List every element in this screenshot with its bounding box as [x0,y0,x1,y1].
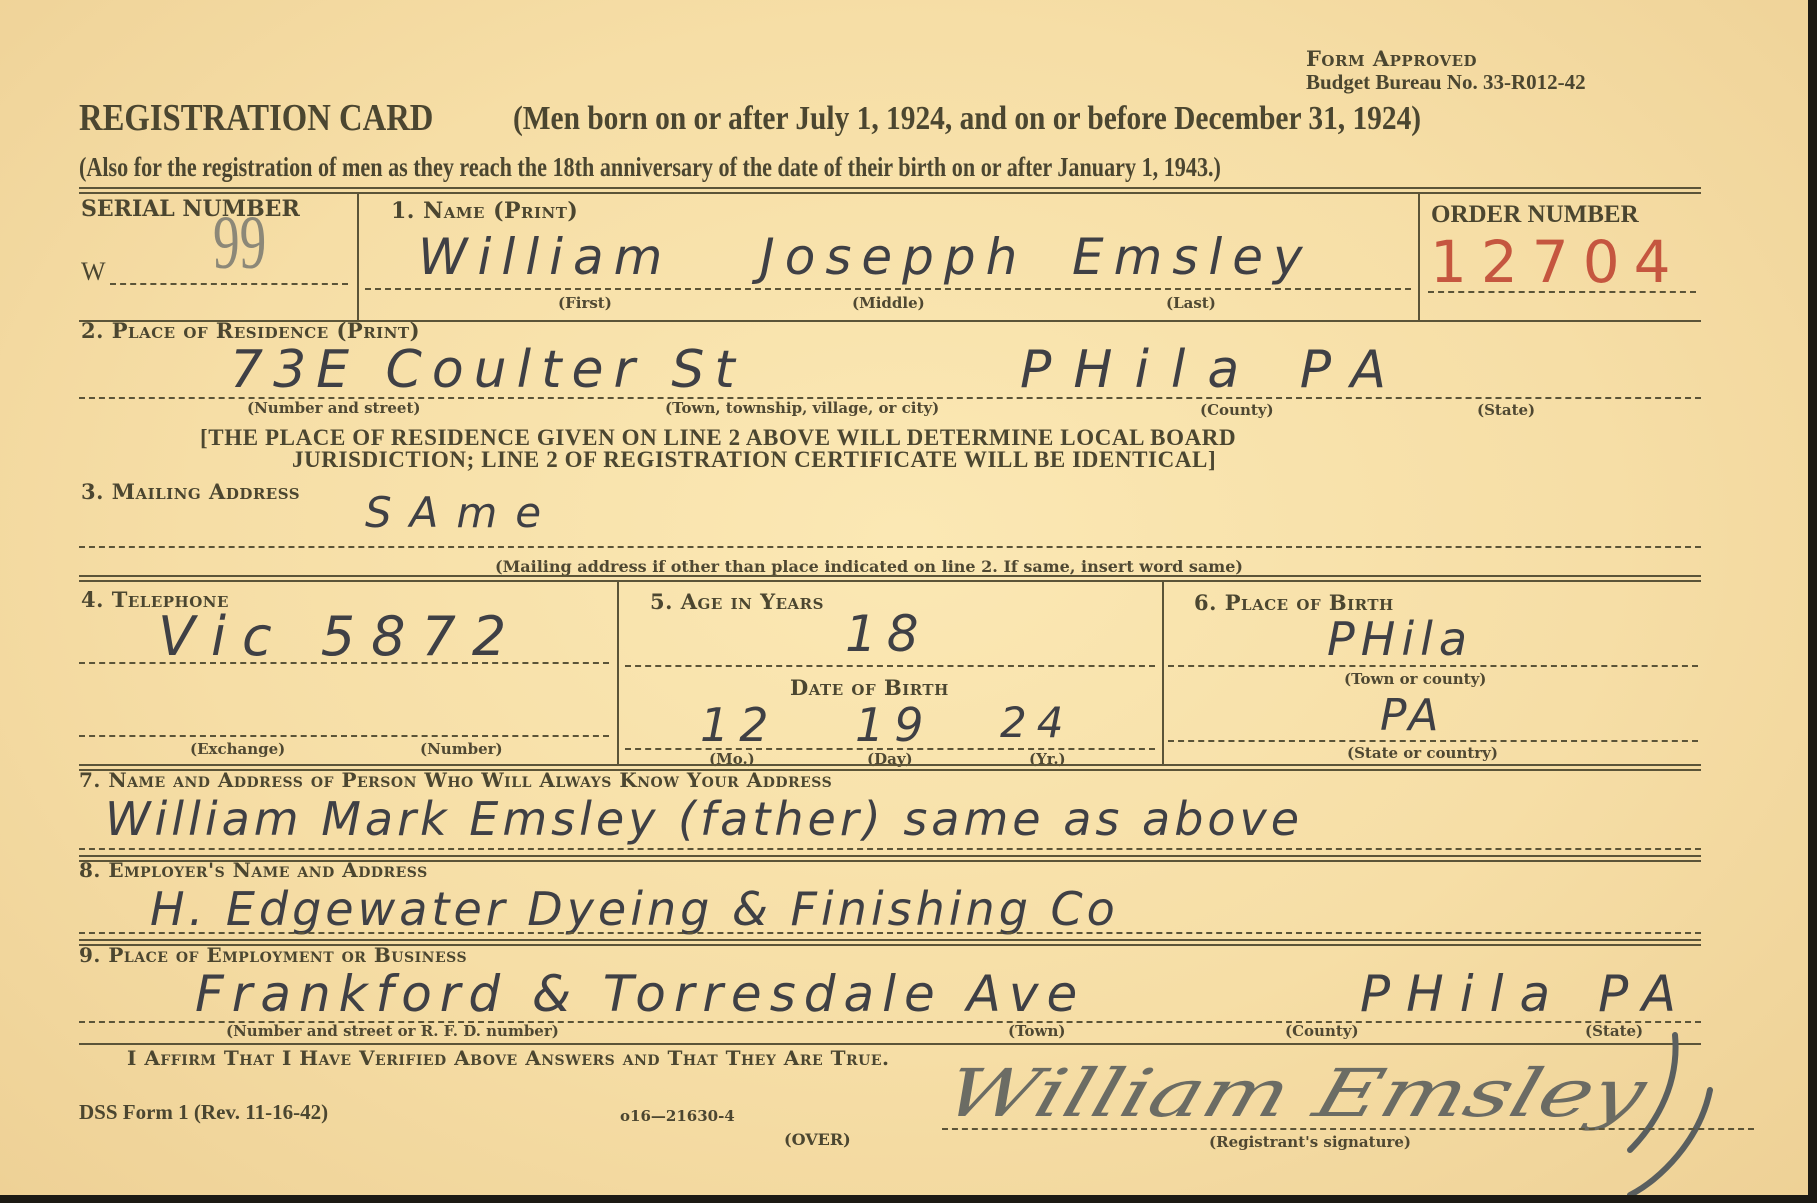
state-label: (State) [1477,401,1535,419]
eligibility-text: (Men born on or after July 1, 1924, and … [513,100,1421,138]
divider [1162,580,1164,766]
mailing-hint: (Mailing address if other than place ind… [495,557,1243,576]
form-id: DSS Form 1 (Rev. 11-16-42) [79,1100,328,1125]
row-rule [79,1043,1701,1045]
name-line [365,288,1411,290]
signature-line [942,1128,1754,1130]
telephone-line [79,662,609,664]
mailing-value: SAme [365,488,559,537]
affirmation-text: I Affirm That I Have Verified Above Answ… [127,1046,889,1070]
order-number-label: ORDER NUMBER [1431,201,1639,229]
telephone-line-2 [79,735,609,737]
name-middle-value: Josepph [760,228,1027,286]
age-value: 18 [845,605,929,663]
header-rule [79,187,1701,194]
employment-town-label: (Town) [1008,1022,1065,1040]
residence-street-value: 73E Coulter St [230,340,745,400]
county-label: (County) [1200,401,1274,419]
employment-street-value: Frankford & Torresdale Ave [195,965,1085,1023]
signature-flourish [1580,1030,1730,1195]
town-label: (Town, township, village, or city) [665,399,939,417]
employment-street-label: (Number and street or R. F. D. number) [226,1022,559,1040]
form-approved: Form Approved [1306,48,1477,70]
over-note: (OVER) [784,1130,851,1149]
order-number-value: 12704 [1430,228,1685,296]
order-line [1428,291,1696,293]
mailing-line [79,546,1701,548]
contact-label: 7. Name and Address of Person Who Will A… [79,768,832,792]
employer-line [79,932,1701,934]
last-label: (Last) [1166,294,1216,312]
number-label: (Number) [420,740,503,758]
registrant-signature: William Emsley [936,1055,1655,1132]
birthplace-town-value: PHila [1327,612,1473,666]
employer-value: H. Edgewater Dyeing & Finishing Co [150,882,1119,936]
dob-month-value: 12 [700,698,779,752]
dob-year-value: 24 [1000,698,1073,747]
print-code: o16—21630-4 [620,1107,735,1125]
divider [1418,193,1420,320]
serial-number-label: SERIAL NUMBER [81,196,300,222]
serial-number-value: 99 [213,200,266,287]
first-label: (First) [558,294,612,312]
name-first-value: William [418,228,672,286]
employer-label: 8. Employer's Name and Address [79,858,428,882]
divider [357,193,359,320]
birthplace-state-line [1168,740,1698,742]
divider [617,580,619,766]
dob-label: Date of Birth [790,675,949,700]
telephone-value: Vic 5872 [158,605,522,668]
employment-place-label: 9. Place of Employment or Business [79,943,467,967]
exchange-label: (Exchange) [190,740,285,758]
street-label: (Number and street) [247,399,420,417]
state-country-label: (State or country) [1347,744,1498,762]
dob-day-value: 19 [855,698,934,752]
signature-label: (Registrant's signature) [1209,1133,1411,1151]
residence-town-value: PHila PA [1020,340,1408,400]
employment-county-label: (County) [1285,1022,1359,1040]
serial-line [110,283,348,285]
age-label: 5. Age in Years [650,589,824,614]
mailing-label: 3. Mailing Address [81,479,300,504]
residence-notice-line2: JURISDICTION; LINE 2 OF REGISTRATION CER… [292,447,1216,473]
row-rule [79,575,1701,582]
contact-line [79,848,1701,850]
birthplace-line [1168,665,1698,667]
name-last-value: Emsley [1072,228,1313,286]
birthplace-state-value: PA [1380,690,1442,741]
card-title: REGISTRATION CARD [79,96,433,140]
middle-label: (Middle) [852,294,925,312]
budget-bureau-number: Budget Bureau No. 33-R012-42 [1306,70,1586,95]
contact-value: William Mark Emsley (father) same as abo… [105,792,1303,846]
name-label: 1. Name (Print) [391,198,578,224]
town-county-label: (Town or county) [1344,670,1486,688]
also-for-text: (Also for the registration of men as the… [79,152,1221,183]
age-line [625,665,1155,667]
registration-card: Form Approved Budget Bureau No. 33-R012-… [0,0,1808,1195]
employment-city-value: PHila PA [1360,965,1692,1023]
serial-prefix: W [81,257,106,287]
